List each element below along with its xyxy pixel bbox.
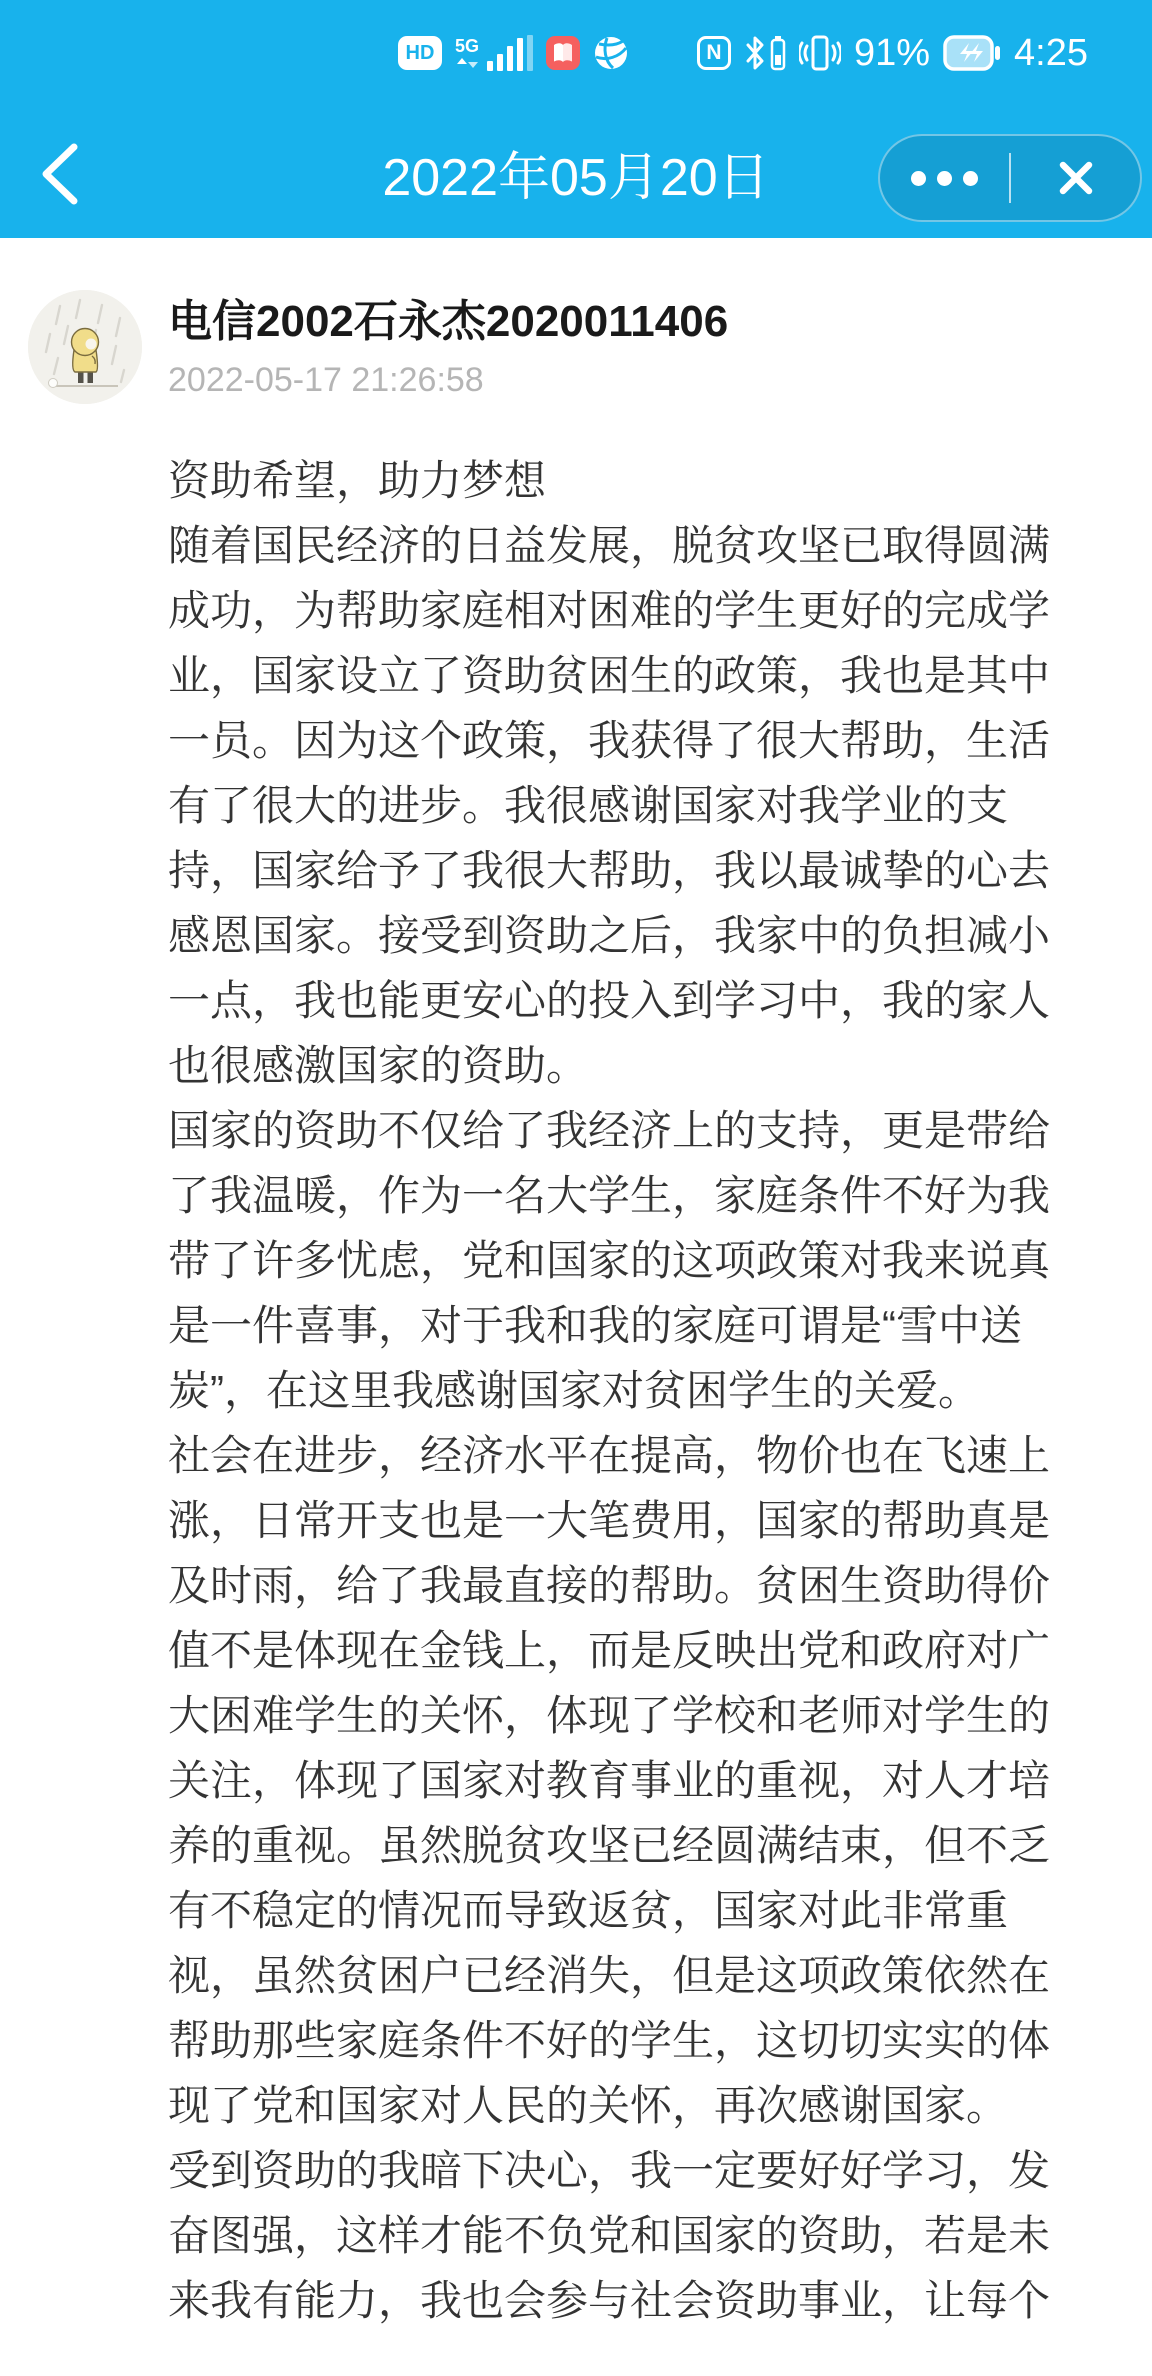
close-button[interactable] (1011, 136, 1140, 220)
battery-charging-icon (943, 35, 1001, 71)
raincoat-cartoon-avatar-image (28, 290, 142, 404)
hd-badge-icon: HD (398, 36, 442, 70)
post-paragraph: 资助希望，助力梦想 (168, 448, 1054, 513)
capsule-menu (878, 134, 1142, 222)
post-paragraph: 国家的资助不仅给了我经济上的支持，更是带给了我温暖，作为一名大学生，家庭条件不好… (168, 1098, 1054, 1423)
ellipsis-icon (911, 171, 978, 186)
status-left-group: HD 5G (398, 35, 629, 71)
app-screen: HD 5G (0, 0, 1152, 2376)
reading-app-notification-icon (546, 36, 580, 70)
data-arrows-icon (455, 55, 481, 71)
status-bar: HD 5G (0, 0, 1152, 92)
vibrate-icon (799, 34, 841, 72)
status-right-group: N (697, 32, 1088, 75)
page-title: 2022年05月20日 (382, 150, 769, 206)
avatar[interactable] (28, 290, 142, 404)
post-header: 电信2002石永杰2020011406 2022-05-17 21:26:58 (28, 290, 1152, 404)
back-button[interactable] (30, 140, 90, 210)
close-icon (1056, 158, 1096, 198)
post-paragraph: 社会在进步，经济水平在提高，物价也在飞速上涨，日常开支也是一大笔费用，国家的帮助… (168, 1423, 1054, 2138)
post-body: 资助希望，助力梦想随着国民经济的日益发展，脱贫攻坚已取得圆满成功，为帮助家庭相对… (168, 448, 1054, 2333)
post-timestamp: 2022-05-17 21:26:58 (168, 360, 728, 400)
author-name[interactable]: 电信2002石永杰2020011406 (168, 294, 728, 350)
signal-bars-icon (487, 35, 533, 71)
nfc-icon: N (697, 36, 731, 70)
battery-percent: 91% (854, 32, 930, 75)
network-label: 5G (455, 37, 479, 55)
nav-bar: 2022年05月20日 (0, 92, 1152, 238)
bluetooth-battery-icon (744, 35, 786, 71)
back-chevron-icon (34, 141, 86, 207)
post-paragraph: 受到资助的我暗下决心，我一定要好好学习，发奋图强，这样才能不负党和国家的资助，若… (168, 2138, 1054, 2333)
browser-notification-icon (593, 35, 629, 71)
status-time: 4:25 (1014, 32, 1088, 75)
post-paragraph: 随着国民经济的日益发展，脱贫攻坚已取得圆满成功，为帮助家庭相对困难的学生更好的完… (168, 513, 1054, 1098)
header-area: HD 5G (0, 0, 1152, 238)
post-meta: 电信2002石永杰2020011406 2022-05-17 21:26:58 (168, 290, 728, 404)
signal-5g-icon: 5G (455, 35, 533, 71)
more-button[interactable] (880, 136, 1009, 220)
